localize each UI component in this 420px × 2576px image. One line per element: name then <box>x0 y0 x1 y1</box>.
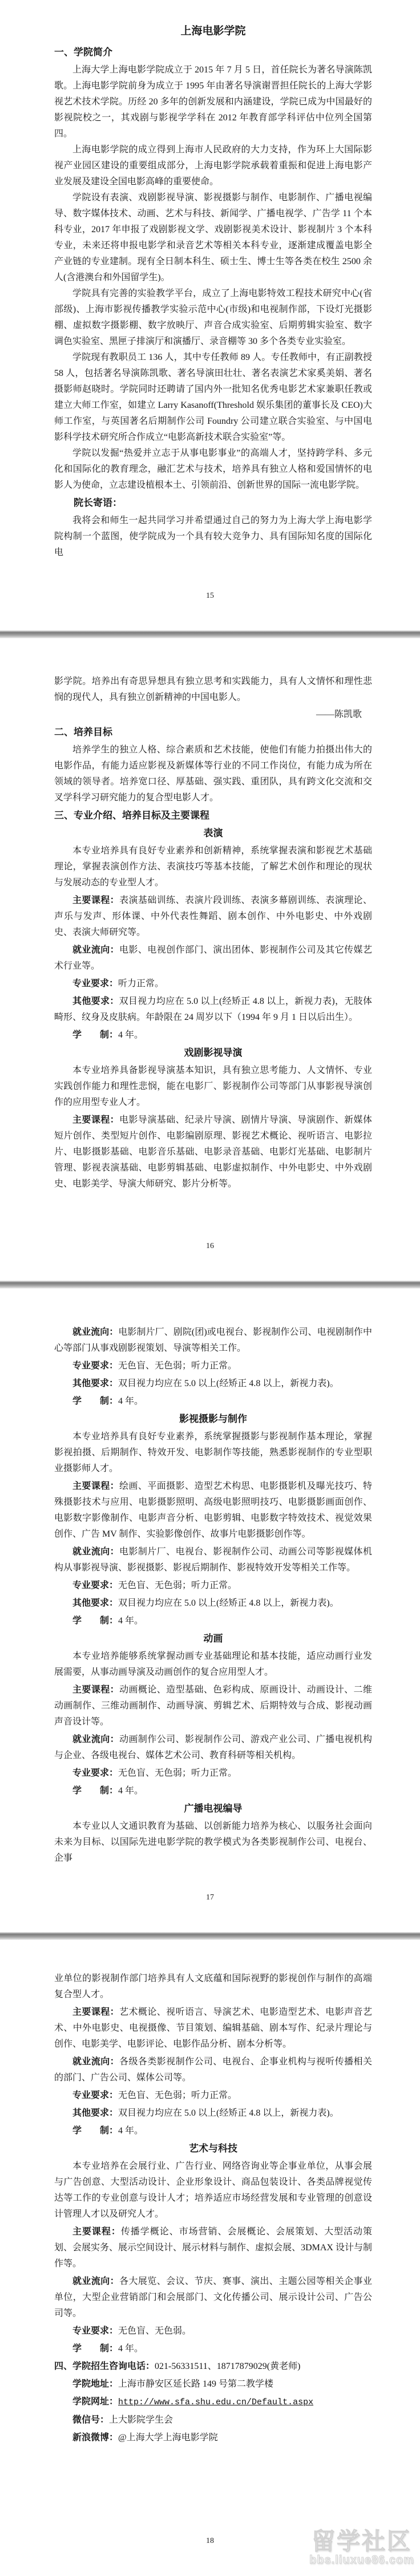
page-18: 业单位的影视制作部门培养具有人文底蕴和国际视野的影视创作与制作的高端复合型人才。… <box>0 1940 420 2575</box>
field-value: @上海大学上海电影学院 <box>118 2433 218 2443</box>
field-value: 无色盲、无色弱。 <box>118 2326 191 2336</box>
field-label: 新浪微博： <box>72 2433 118 2443</box>
paragraph: 学院具有完善的实验教学平台，成立了上海电影特效工程技术研究中心(省部级)、上海市… <box>54 286 372 350</box>
document-title: 上海电影学院 <box>54 23 372 40</box>
major-title: 表演 <box>54 825 372 841</box>
labeled-line: 其他要求：双目视力均应在 5.0 以上(经矫正 4.8 以上，新视力表)，无肢体… <box>54 994 372 1026</box>
field-label: 主要课程： <box>72 896 119 905</box>
field-label: 专业要求： <box>72 1768 118 1778</box>
field-label: 学 制： <box>72 2344 118 2354</box>
labeled-line: 专业要求：听力正常。 <box>54 976 372 992</box>
labeled-line: 学 制：4 年。 <box>54 1394 372 1409</box>
paragraph: 培养学生的独立人格、综合素质和艺术技能，使他们有能力拍摄出伟大的电影作品，有能力… <box>54 742 372 806</box>
field-value: 双目视力均应在 5.0 以上(经矫正 4.8 以上，新视力表)。 <box>118 2108 339 2118</box>
page-separator <box>0 1932 420 1940</box>
watermark: 留学社区 bbs.liuxue86.com <box>309 2529 414 2566</box>
watermark-url-text: bbs.liuxue86.com <box>309 2554 414 2566</box>
field-label: 学 制： <box>72 1396 118 1406</box>
major-title: 影视摄影与制作 <box>54 1411 372 1427</box>
field-label: 主要课程： <box>72 1115 119 1125</box>
field-value: 4 年。 <box>118 2344 143 2354</box>
page-17: 就业流向：电影制片厂、剧院(团)或电视台、影视制作公司、电视剧制作中心等部门从事… <box>0 1289 420 1932</box>
field-label: 其他要求： <box>72 1598 118 1608</box>
field-value: 双目视力均应在 5.0 以上(经矫正 4.8 以上，新视力表)。 <box>118 1379 339 1388</box>
labeled-line: 就业流向：电影、电视创作部门、演出团体、影视制作公司及其它传媒艺术行业等。 <box>54 942 372 974</box>
section-heading: 院长寄语： <box>54 495 372 511</box>
paragraph: 上海电影学院的成立得到上海市人民政府的大力支持，作为环上大国际影视产业园区建设的… <box>54 142 372 190</box>
major-title: 艺术与科技 <box>54 2141 372 2157</box>
labeled-line: 主要课程：艺术概论、视听语言、导演艺术、电影造型艺术、电影声音艺术、中外电影史、… <box>54 2004 372 2052</box>
field-label: 其他要求： <box>72 997 119 1006</box>
paragraph: 本专业培养具备影视导演基本知识，具有独立思考能力、人文情怀、专业实践创作能力和理… <box>54 1063 372 1111</box>
labeled-line: 就业流向：动画制作公司、影视制作公司、游戏产业公司、广播电视机构与企业、各级电视… <box>54 1732 372 1764</box>
labeled-line: 学 制：4 年。 <box>54 2123 372 2139</box>
field-label: 微信号： <box>72 2415 109 2425</box>
page-number: 17 <box>0 1893 420 1902</box>
paragraph: 学院以发掘“热爱并立志于从事电影事业”的高端人才，坚持跨学科、多元化和国际化的教… <box>54 445 372 493</box>
field-label: 就业流向： <box>72 1735 119 1744</box>
field-label: 学院地址： <box>72 2379 118 2389</box>
labeled-line: 就业流向：电影制片厂、剧院(团)或电视台、影视制作公司、电视剧制作中心等部门从事… <box>54 1325 372 1356</box>
field-value: 无色盲、无色弱；听力正常。 <box>118 1768 237 1778</box>
field-label: 主要课程： <box>72 2227 121 2237</box>
labeled-line: 主要课程：绘画、平面摄影、造型艺术构思、电影摄影机及曝光技巧、特殊摄影技术与应用… <box>54 1479 372 1542</box>
field-label: 专业要求： <box>72 1361 118 1371</box>
field-value: 听力正常。 <box>118 979 164 989</box>
paragraph: 我将会和师生一起共同学习并希望通过自己的努力为上海大学上海电影学院构制一个蓝图，… <box>54 513 372 561</box>
paragraph: 学院现有教职员工 136 人，其中专任教师 89 人。专任教师中，有正副教授 5… <box>54 350 372 445</box>
labeled-line: 就业流向：各级各类影视制作公司、电视台、企事业机构与视听传播相关的部门、广告公司… <box>54 2054 372 2086</box>
labeled-line: 专业要求：无色盲、无色弱；听力正常。 <box>54 2088 372 2104</box>
field-value: 4 年。 <box>118 2126 143 2136</box>
labeled-line: 其他要求：双目视力均应在 5.0 以上(经矫正 4.8 以上，新视力表)。 <box>54 1376 372 1392</box>
field-value: 上大影院学生会 <box>109 2415 173 2425</box>
field-label: 四、学院招生咨询电话： <box>54 2362 155 2371</box>
labeled-line: 其他要求：双目视力均应在 5.0 以上(经矫正 4.8 以上，新视力表)。 <box>54 2105 372 2121</box>
field-label: 专业要求： <box>72 979 118 989</box>
field-value: 4 年。 <box>118 1786 143 1796</box>
labeled-line: 专业要求：无色盲、无色弱；听力正常。 <box>54 1358 372 1374</box>
field-label: 专业要求： <box>72 1581 118 1590</box>
paragraph: 本专业培养具有良好专业素养，系统掌握摄影与影视制作基本理论，掌握影视拍摄、后期制… <box>54 1429 372 1477</box>
field-label: 其他要求： <box>72 2108 118 2118</box>
paragraph: 本专业以人文通识教育为基础、以创新能力培养为核心、以服务社会面向未来为目标、以国… <box>54 1818 372 1866</box>
field-label: 主要课程： <box>72 1685 119 1695</box>
labeled-line: 学 制：4 年。 <box>54 1027 372 1043</box>
labeled-line: 学院网址：http://www.sfa.shu.edu.cn/Default.a… <box>54 2394 372 2411</box>
paragraph: 上海大学上海电影学院成立于 2015 年 7 月 5 日，首任院长为著名导演陈凯… <box>54 62 372 142</box>
field-value: 无色盲、无色弱；听力正常。 <box>118 1361 237 1371</box>
labeled-line: 专业要求：无色盲、无色弱；听力正常。 <box>54 1765 372 1781</box>
field-label: 主要课程： <box>72 2007 119 2017</box>
field-label: 学 制： <box>72 1786 118 1796</box>
field-value: 上海市静安区延长路 149 号第二教学楼 <box>118 2379 273 2389</box>
field-label: 就业流向： <box>72 1547 119 1557</box>
paragraph: 本专业培养能够系统掌握动画专业基础理论和基本技能，适应动画行业发展需要，从事动画… <box>54 1649 372 1680</box>
field-value: 无色盲、无色弱；听力正常。 <box>118 2091 237 2100</box>
field-value: 021-56331511、18717879029(黄老师) <box>155 2362 300 2371</box>
labeled-line: 新浪微博：@上海大学上海电影学院 <box>54 2430 372 2446</box>
page-number: 16 <box>0 1242 420 1251</box>
labeled-line: 学 制：4 年。 <box>54 1613 372 1629</box>
field-label: 主要课程： <box>72 1481 119 1491</box>
section-heading: 二、培养目标 <box>54 724 372 740</box>
paragraph: 本专业培养在会展行业、广告行业、网络咨询业等企事业单位，从事会展与广告创意、大型… <box>54 2158 372 2222</box>
page-separator <box>0 630 420 638</box>
watermark-logo-text: 留学社区 <box>309 2529 414 2554</box>
section-heading: 三、专业介绍、培养目标及主要课程 <box>54 808 372 824</box>
field-label: 学 制： <box>72 1030 118 1040</box>
major-title: 戏剧影视导演 <box>54 1045 372 1061</box>
labeled-line: 就业流向：电影制片厂、电视台、影视制作公司、动画公司等影视媒体机构从事影视导演、… <box>54 1544 372 1576</box>
major-title: 广播电视编导 <box>54 1801 372 1817</box>
field-value: 4 年。 <box>118 1030 143 1040</box>
field-label: 学 制： <box>72 1616 118 1626</box>
paragraph: 本专业培养具有良好专业素养和创新精神，系统掌握表演和影视艺术基础理论，掌握表演创… <box>54 843 372 891</box>
field-label: 就业流向： <box>72 945 119 955</box>
document-pages: 上海电影学院一、学院简介上海大学上海电影学院成立于 2015 年 7 月 5 日… <box>0 0 420 2575</box>
paragraph-continued: 业单位的影视制作部门培养具有人文底蕴和国际视野的影视创作与制作的高端复合型人才。 <box>54 1971 372 2003</box>
field-value: 电影导演基础、纪录片导演、剧情片导演、导演剧作、新媒体短片创作、类型短片创作、电… <box>54 1115 372 1189</box>
labeled-line: 其他要求：双目视力均应在 5.0 以上(经矫正 4.8 以上，新视力表)。 <box>54 1595 372 1611</box>
field-label: 其他要求： <box>72 1379 118 1388</box>
field-label: 就业流向： <box>72 2057 119 2067</box>
field-value: 无色盲、无色弱；听力正常。 <box>118 1581 237 1590</box>
field-label: 就业流向： <box>72 2277 119 2286</box>
website-link[interactable]: http://www.sfa.shu.edu.cn/Default.aspx <box>118 2397 313 2407</box>
major-title: 动画 <box>54 1631 372 1647</box>
section-heading: 一、学院简介 <box>54 44 372 60</box>
paragraph: 学院设有表演、戏剧影视导演、影视摄影与制作、电影制作、广播电视编导、数字媒体技术… <box>54 190 372 286</box>
labeled-line: 学 制：4 年。 <box>54 1783 372 1799</box>
signature: ——陈凯歌 <box>54 707 372 723</box>
labeled-line: 四、学院招生咨询电话：021-56331511、18717879029(黄老师) <box>54 2359 372 2375</box>
labeled-line: 主要课程：表演基础训练、表演片段训练、表演多幕剧训练、表演理论、声乐与发声、形体… <box>54 893 372 941</box>
labeled-line: 主要课程：传播学概论、市场营销、会展概论、会展策划、大型活动策划、会展实务、展示… <box>54 2224 372 2272</box>
field-value: 双目视力均应在 5.0 以上(经矫正 4.8 以上，新视力表)。 <box>118 1598 339 1608</box>
page-15: 上海电影学院一、学院简介上海大学上海电影学院成立于 2015 年 7 月 5 日… <box>0 0 420 630</box>
page-separator <box>0 1281 420 1289</box>
labeled-line: 学 制：4 年。 <box>54 2341 372 2357</box>
labeled-line: 主要课程：动画概论、造型基础、色彩构成、原画设计、动画设计、二维动画制作、三维动… <box>54 1682 372 1730</box>
document: { "document": { "watermark": { "line1": … <box>0 0 420 2576</box>
field-label: 学院网址： <box>72 2397 118 2407</box>
labeled-line: 主要课程：电影导演基础、纪录片导演、剧情片导演、导演剧作、新媒体短片创作、类型短… <box>54 1112 372 1192</box>
field-label: 专业要求： <box>72 2326 118 2336</box>
labeled-line: 专业要求：无色盲、无色弱；听力正常。 <box>54 1578 372 1594</box>
field-value: 4 年。 <box>118 1616 143 1626</box>
labeled-line: 专业要求：无色盲、无色弱。 <box>54 2323 372 2339</box>
page-number: 15 <box>0 592 420 601</box>
field-label: 就业流向： <box>72 1327 118 1337</box>
page-16: 影学院。培养出有奇思异想具有独立思考和实践能力，具有人文情怀和理性悲悯的现代人，… <box>0 638 420 1281</box>
labeled-line: 就业流向：各大展览、会议、节庆、赛事、演出、主题公园等相关企事业单位，大型企业营… <box>54 2274 372 2322</box>
field-label: 学 制： <box>72 2126 118 2136</box>
field-label: 专业要求： <box>72 2091 118 2100</box>
labeled-line: 学院地址：上海市静安区延长路 149 号第二教学楼 <box>54 2376 372 2392</box>
field-value: 4 年。 <box>118 1396 143 1406</box>
paragraph-continued: 影学院。培养出有奇思异想具有独立思考和实践能力，具有人文情怀和理性悲悯的现代人，… <box>54 674 372 706</box>
labeled-line: 微信号：上大影院学生会 <box>54 2412 372 2428</box>
